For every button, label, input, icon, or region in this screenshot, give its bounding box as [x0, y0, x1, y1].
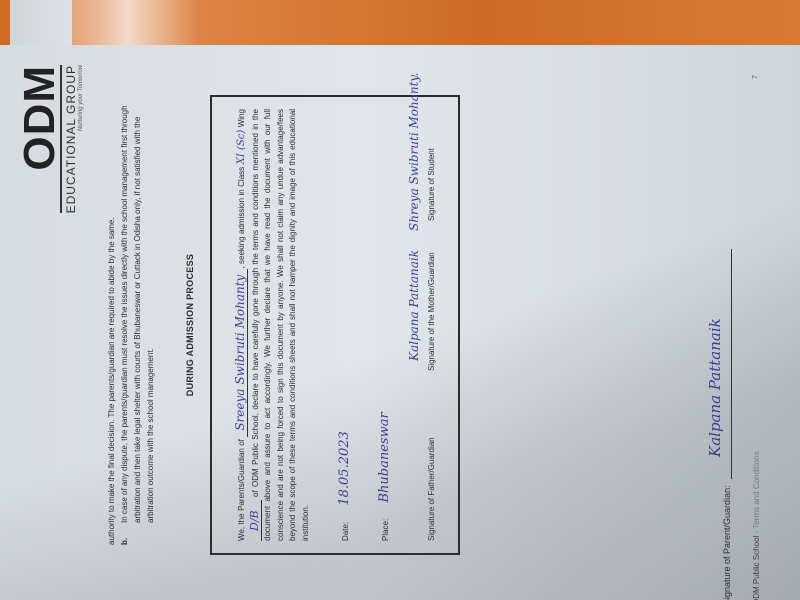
wing-field[interactable]: D/B	[248, 500, 262, 541]
student-signature: Shreya Swibruti Mohanty. Signature of St…	[427, 148, 436, 221]
logo-brand: ODM	[20, 65, 60, 213]
term-b-text: In case of any dispute, the parents/guar…	[120, 105, 155, 523]
term-b-marker: b.	[118, 538, 131, 545]
mother-signature: Kalpana Pattanaik Signature of the Mothe…	[427, 252, 436, 371]
decl-part1: We, the Parents/Guardian of	[237, 439, 246, 541]
date-label: Date:	[341, 522, 350, 541]
decl-part2: seeking admission in Class	[237, 167, 246, 264]
father-signature: Signature of Father/Guardian	[427, 437, 436, 541]
date-row: Date: 18.05.2023	[337, 431, 352, 541]
student-name-field[interactable]: Sreeya Swibruti Mohanty	[233, 269, 248, 437]
decl-part3: of ODM Public School, declare to have ca…	[251, 109, 310, 541]
parent-signature-field[interactable]: Kalpana Pattanaik	[706, 318, 724, 457]
footer-school: ODM Public School	[752, 536, 761, 600]
term-b: b. In case of any dispute, the parents/g…	[118, 105, 157, 545]
page-footer: ODM Public School - Terms and Conditions	[752, 451, 761, 600]
place-row: Place: Bhubaneswar	[377, 412, 392, 541]
parent-signature-label: Signature of Parent/Guardian:	[722, 485, 732, 600]
parent-signature: Signature of Parent/Guardian: Kalpana Pa…	[722, 249, 732, 600]
declaration-box: We, the Parents/Guardian of Sreeya Swibr…	[210, 95, 460, 555]
date-field[interactable]: 18.05.2023	[337, 431, 352, 505]
logo-tagline: Nurturing your Tomorrow	[78, 65, 84, 213]
document-page: ODM EDUCATIONAL GROUP Nurturing your Tom…	[0, 45, 800, 600]
mother-signature-field[interactable]: Kalpana Pattanaik	[407, 250, 421, 361]
section-title: DURING ADMISSION PROCESS	[185, 45, 195, 600]
place-label: Place:	[381, 519, 390, 541]
class-field[interactable]: XI (Sc)	[236, 130, 247, 165]
father-signature-label: Signature of Father/Guardian	[427, 437, 436, 541]
student-signature-label: Signature of Student	[427, 148, 436, 221]
parent-signature-line[interactable]	[731, 249, 732, 479]
place-field[interactable]: Bhubaneswar	[377, 412, 392, 502]
student-signature-field[interactable]: Shreya Swibruti Mohanty.	[407, 73, 421, 231]
term-a-tail: authority to make the final decision. Th…	[105, 105, 118, 545]
wing-label: Wing	[237, 109, 246, 127]
page-number: 7	[752, 75, 759, 79]
mother-signature-label: Signature of the Mother/Guardian	[427, 252, 436, 371]
declaration-text: We, the Parents/Guardian of Sreeya Swibr…	[234, 109, 312, 541]
odm-logo: ODM EDUCATIONAL GROUP Nurturing your Tom…	[20, 65, 84, 213]
terms-intro: authority to make the final decision. Th…	[105, 105, 157, 545]
footer-doc: - Terms and Conditions	[752, 451, 761, 533]
